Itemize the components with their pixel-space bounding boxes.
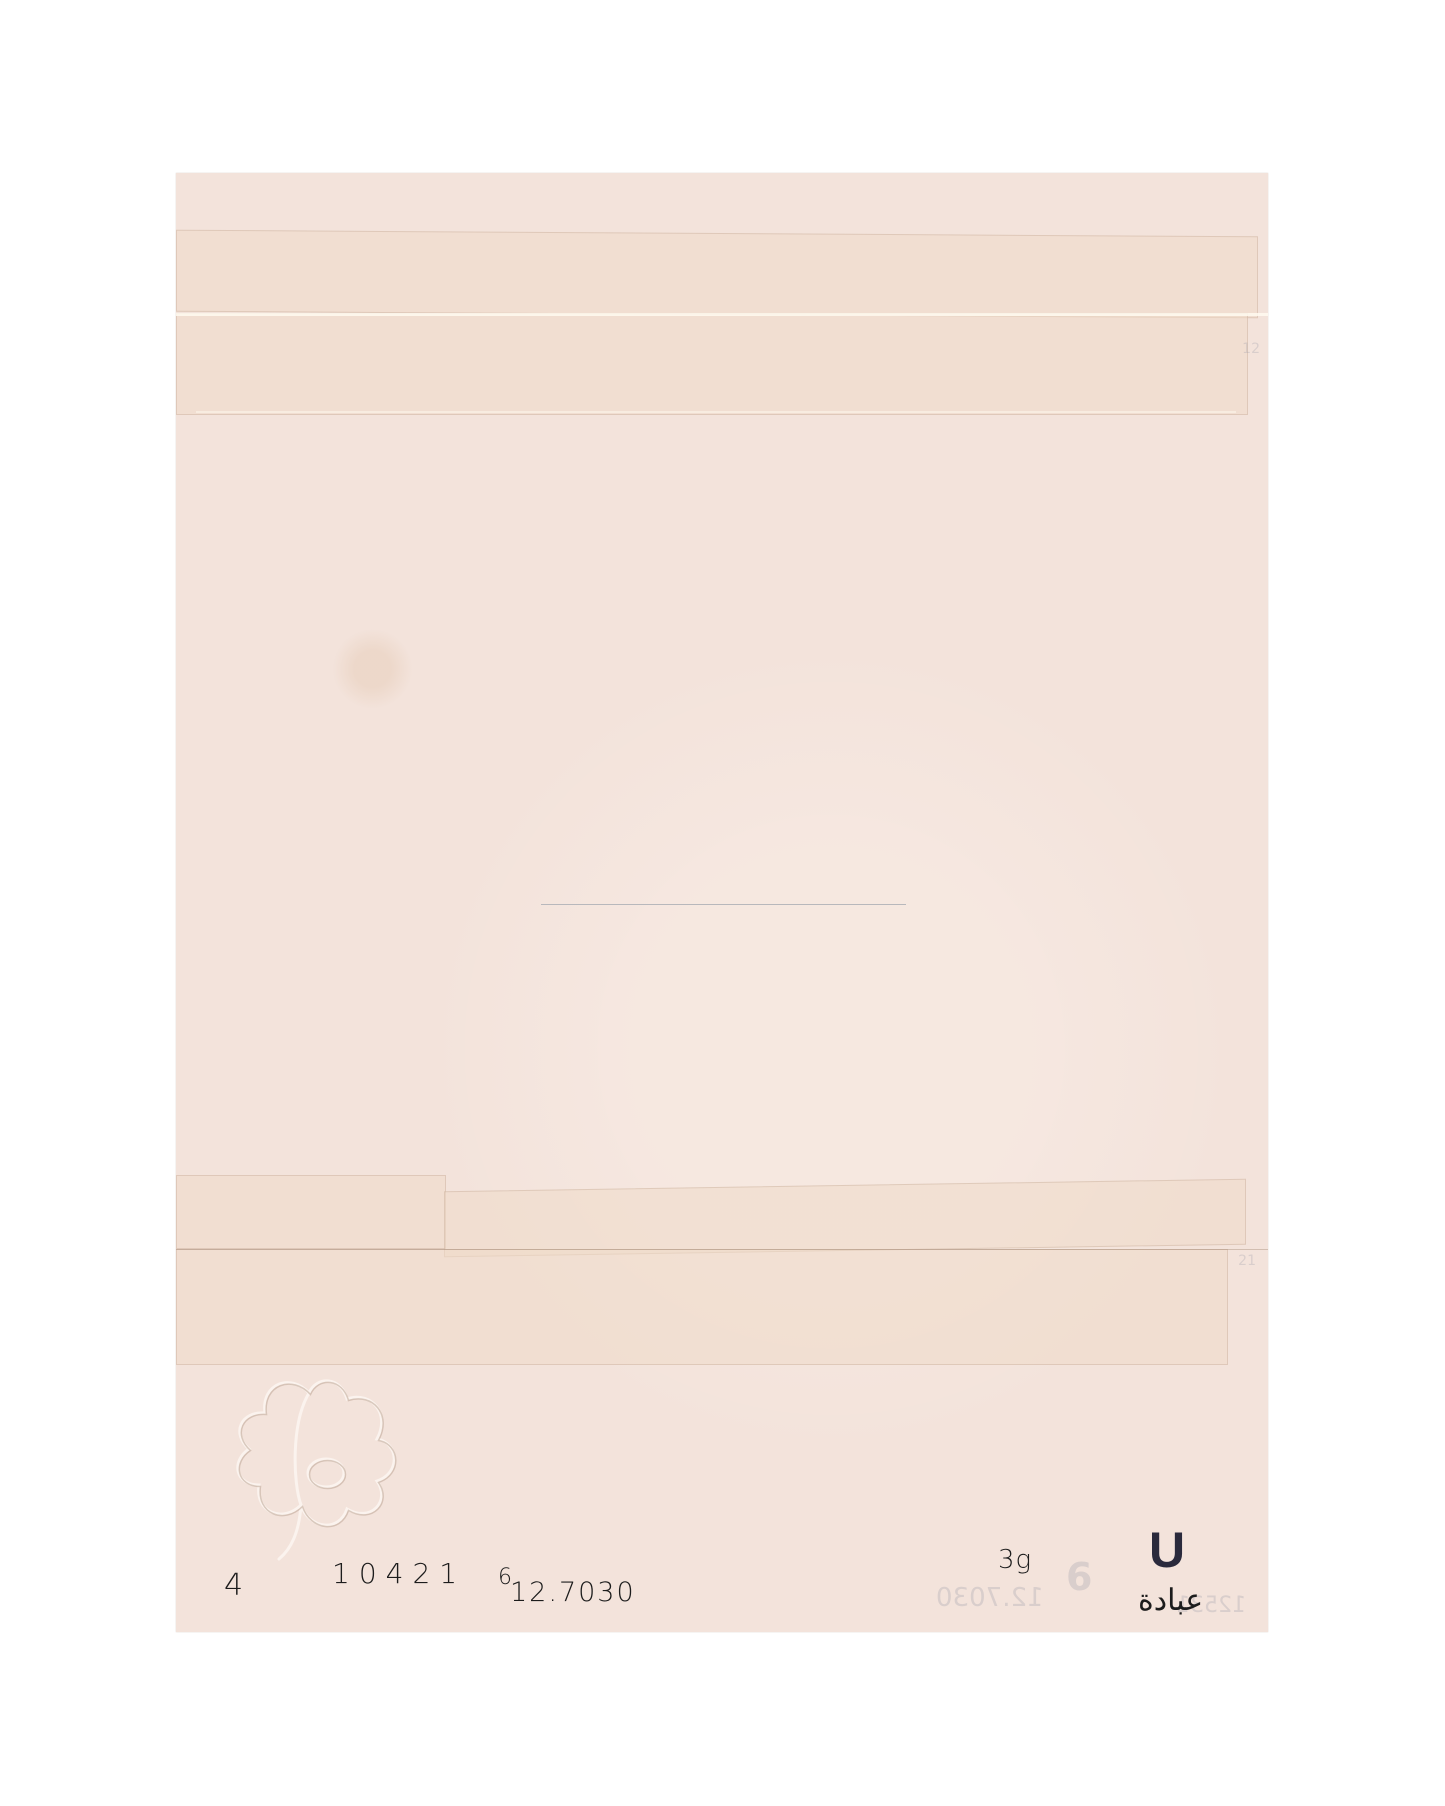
handwritten-inventory-number: 10421 [332, 1557, 466, 1590]
bottom-tape-seam [176, 1249, 1268, 1250]
handwritten-weight: 3g [998, 1545, 1032, 1575]
top-tape-lower [176, 313, 1248, 415]
ghost-number: 6 [1066, 1555, 1092, 1599]
bottom-tape-lower [176, 1249, 1228, 1365]
paper-card: 12 21 6 12.7030 12531 4 10421 6 12.7030 … [176, 173, 1268, 1632]
handwritten-catalogue-number: 12.7030 [510, 1577, 636, 1608]
bottom-tape-right-upper [444, 1179, 1246, 1258]
handwritten-left-number: 4 [224, 1568, 246, 1603]
top-tape-upper [176, 230, 1258, 319]
top-tape-bottom-edge [196, 411, 1236, 413]
edge-mark-bottom: 21 [1238, 1253, 1256, 1269]
stamped-letter-u: U [1149, 1521, 1185, 1579]
edge-mark-top: 12 [1242, 341, 1260, 357]
flower-emboss-icon [231, 1373, 411, 1563]
bottom-tape-left-upper [176, 1175, 446, 1249]
top-tape-crease [176, 313, 1268, 316]
ghost-code: 12.7030 [936, 1583, 1044, 1613]
center-pencil-line [541, 904, 906, 905]
handwritten-arabic-name: عبادة [1138, 1583, 1203, 1618]
